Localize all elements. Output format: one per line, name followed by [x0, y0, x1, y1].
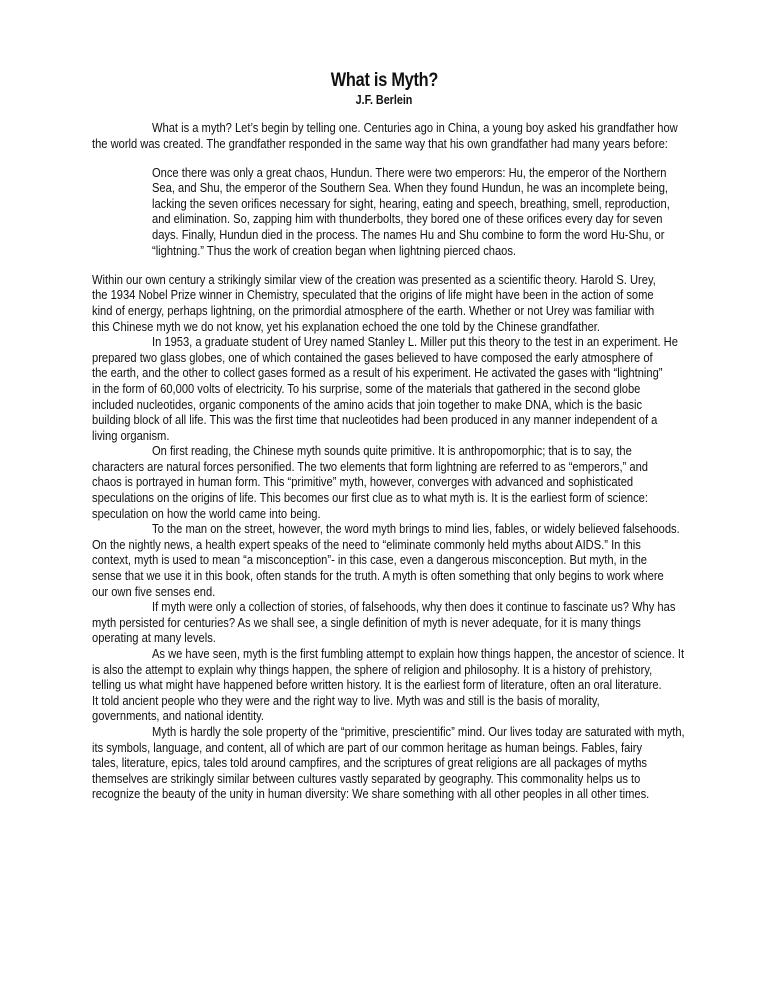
- text-line: our own five senses end.: [92, 584, 599, 600]
- text-line: chaos is portrayed in human form. This “…: [92, 474, 599, 490]
- text-line: “lightning.” Thus the work of creation b…: [92, 243, 599, 259]
- text-line: characters are natural forces personifie…: [92, 459, 599, 475]
- text-line: myth persisted for centuries? As we shal…: [92, 615, 599, 631]
- text-line: governments, and national identity.: [92, 708, 599, 724]
- text-line: On the nightly news, a health expert spe…: [92, 537, 599, 553]
- text-line: It told ancient people who they were and…: [92, 693, 599, 709]
- text-line: tales, literature, epics, tales told aro…: [92, 755, 599, 771]
- text-line: themselves are strikingly similar betwee…: [92, 771, 599, 787]
- text-line: recognize the beauty of the unity in hum…: [92, 786, 599, 802]
- text-line: telling us what might have happened befo…: [92, 677, 599, 693]
- text-line: Once there was only a great chaos, Hundu…: [92, 165, 599, 181]
- text-line: To the man on the street, however, the w…: [92, 521, 599, 537]
- text-line: this Chinese myth we do not know, yet hi…: [92, 319, 599, 335]
- text-line: the 1934 Nobel Prize winner in Chemistry…: [92, 287, 599, 303]
- text-line: If myth were only a collection of storie…: [92, 599, 599, 615]
- text-line: days. Finally, Hundun died in the proces…: [92, 227, 599, 243]
- text-line: included nucleotides, organic components…: [92, 397, 599, 413]
- text-line: the world was created. The grandfather r…: [92, 136, 599, 152]
- text-line: In 1953, a graduate student of Urey name…: [92, 334, 599, 350]
- document-author: J.F. Berlein: [0, 93, 768, 108]
- text-line: building block of all life. This was the…: [92, 412, 599, 428]
- text-line: kind of energy, perhaps lightning, on th…: [92, 303, 599, 319]
- author-text: J.F. Berlein: [356, 93, 413, 108]
- text-line: prepared two glass globes, one of which …: [92, 350, 599, 366]
- text-line: and elimination. So, zapping him with th…: [92, 211, 599, 227]
- text-line: operating at many levels.: [92, 630, 599, 646]
- text-line: sense that we use it in this book, often…: [92, 568, 599, 584]
- document-body: What is a myth? Let’s begin by telling o…: [92, 120, 692, 802]
- text-line: Within our own century a strikingly simi…: [92, 272, 599, 288]
- title-text: What is Myth?: [330, 70, 437, 92]
- text-line: On first reading, the Chinese myth sound…: [92, 443, 599, 459]
- document-page: What is Myth? J.F. Berlein What is a myt…: [0, 0, 768, 994]
- text-line: is also the attempt to explain why thing…: [92, 662, 599, 678]
- text-line: Myth is hardly the sole property of the …: [92, 724, 599, 740]
- document-title: What is Myth?: [0, 70, 768, 92]
- text-line: speculations on the origins of life. Thi…: [92, 490, 599, 506]
- text-line: its symbols, language, and content, all …: [92, 740, 599, 756]
- text-line: living organism.: [92, 428, 599, 444]
- text-line: the earth, and the other to collect gase…: [92, 365, 599, 381]
- text-line: context, myth is used to mean “a misconc…: [92, 552, 599, 568]
- text-line: speculation on how the world came into b…: [92, 506, 599, 522]
- paragraph-gap: [92, 258, 692, 272]
- text-line: What is a myth? Let’s begin by telling o…: [92, 120, 599, 136]
- paragraph-gap: [92, 151, 692, 165]
- text-line: Sea, and Shu, the emperor of the Souther…: [92, 180, 599, 196]
- text-line: in the form of 60,000 volts of electrici…: [92, 381, 599, 397]
- text-line: As we have seen, myth is the first fumbl…: [92, 646, 599, 662]
- text-line: lacking the seven orifices necessary for…: [92, 196, 599, 212]
